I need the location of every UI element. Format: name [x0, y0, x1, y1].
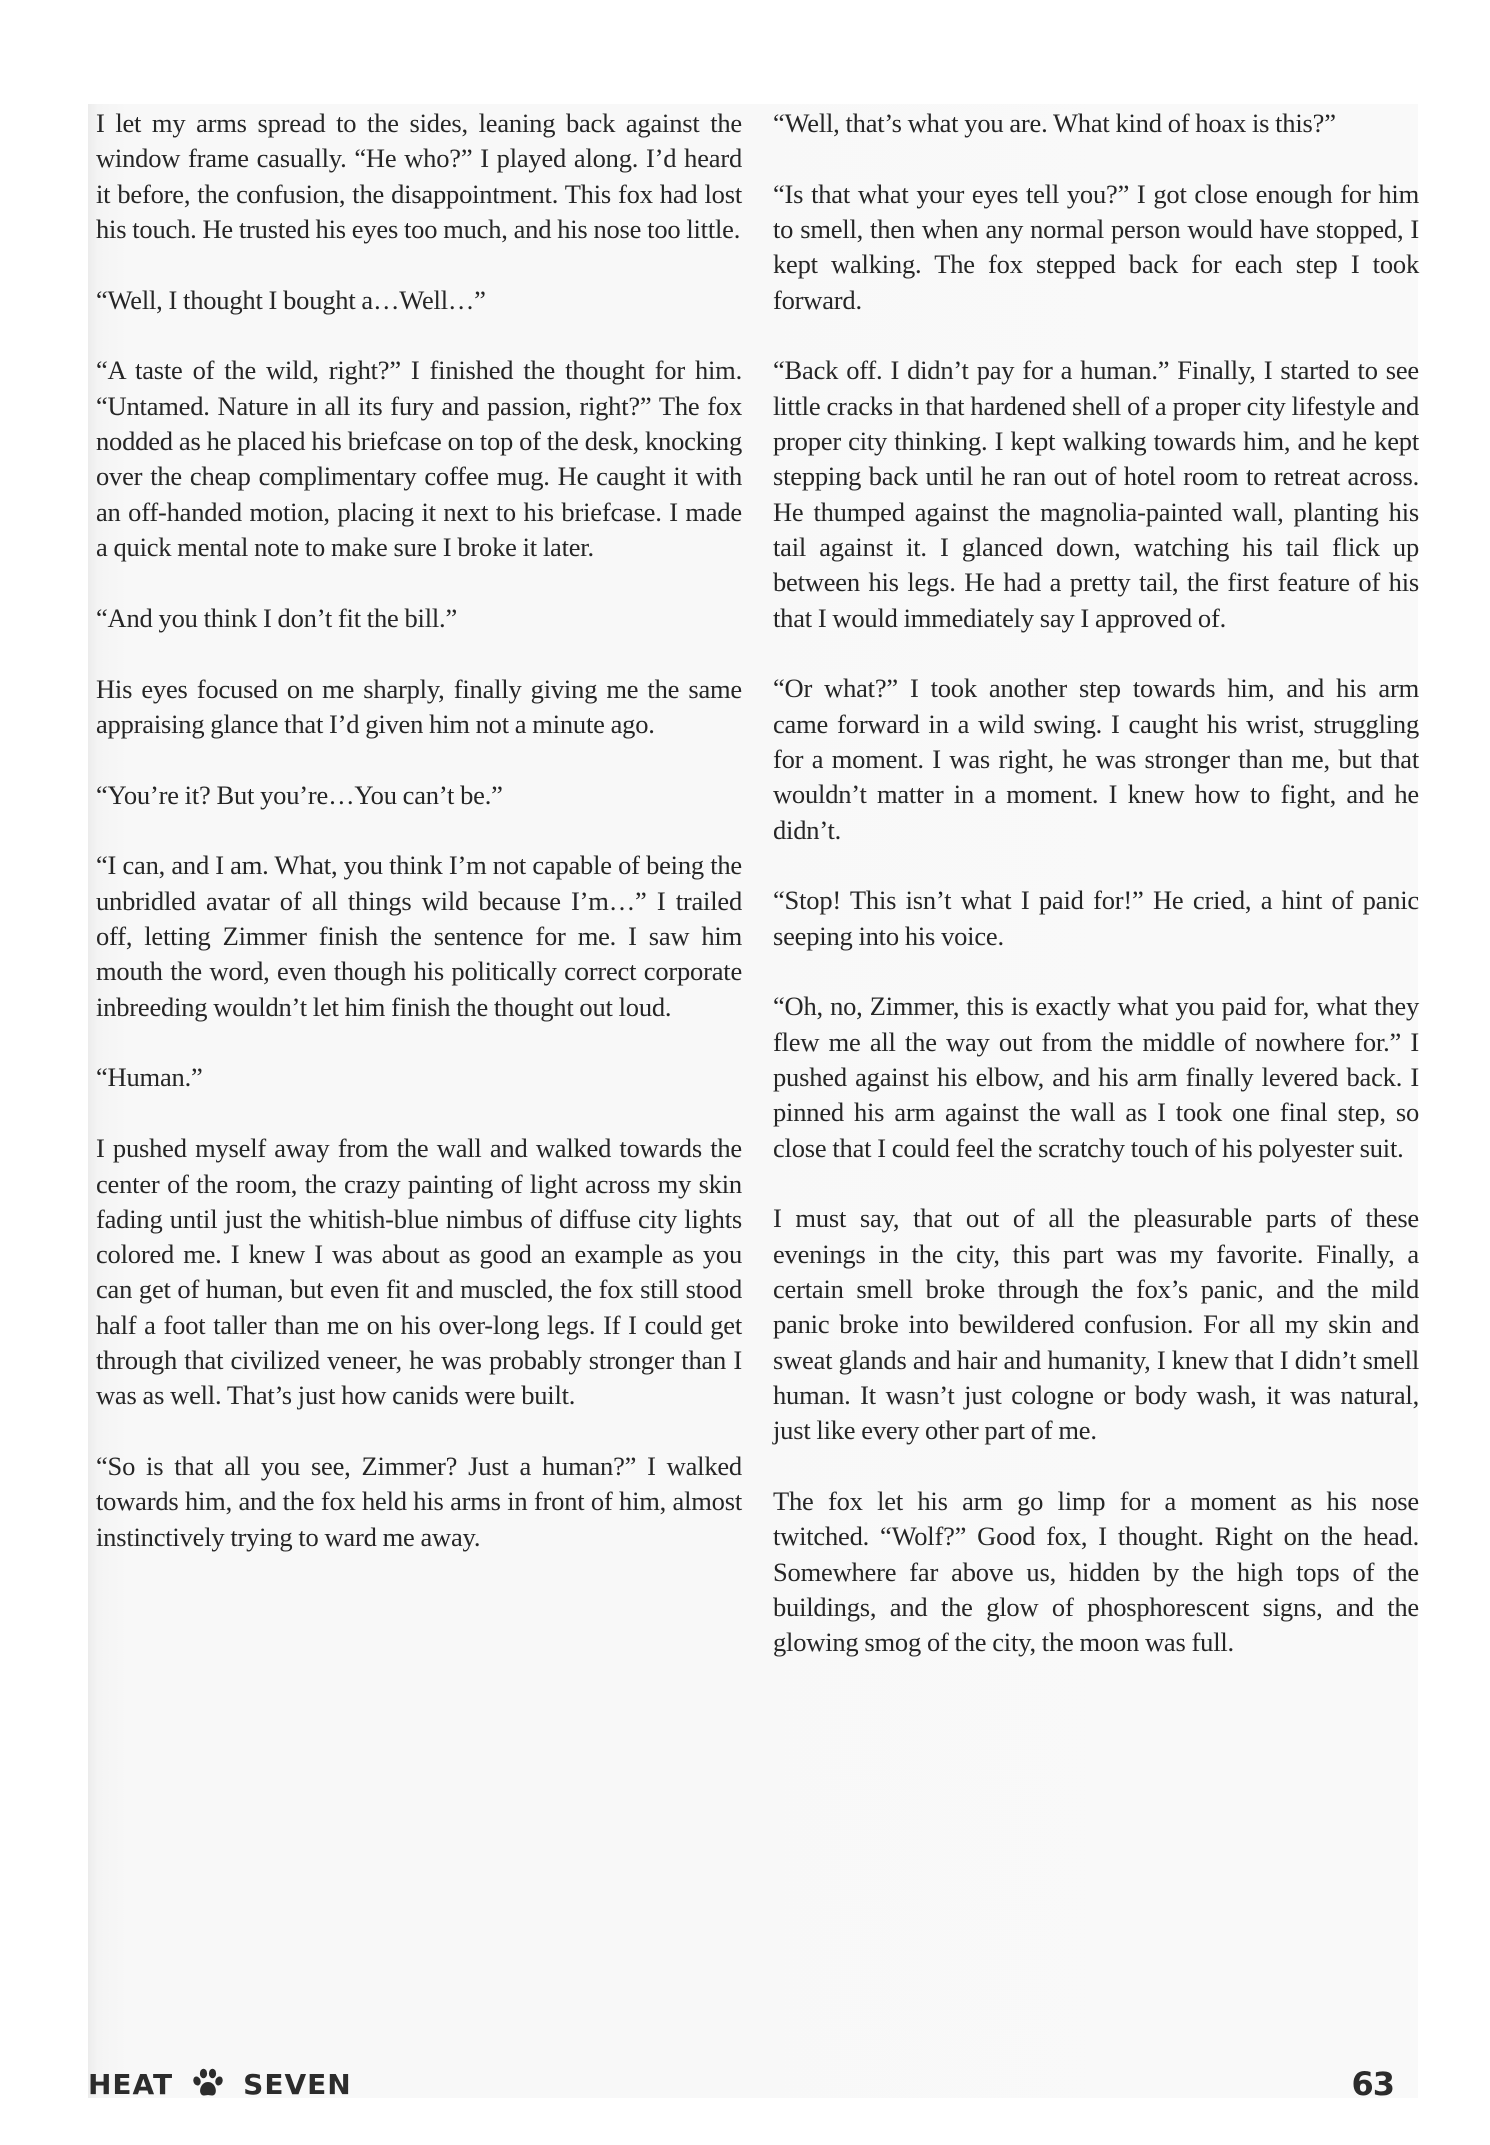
- brand-word-seven: SEVEN: [243, 2068, 352, 2101]
- paragraph: “Is that what your eyes tell you?” I got…: [773, 177, 1419, 318]
- paragraph: “Back off. I didn’t pay for a human.” Fi…: [773, 353, 1419, 635]
- paw-print-icon: [191, 2067, 225, 2101]
- paragraph: I let my arms spread to the sides, leani…: [96, 106, 742, 247]
- paragraph: “Stop! This isn’t what I paid for!” He c…: [773, 883, 1419, 954]
- paragraph: I pushed myself away from the wall and w…: [96, 1131, 742, 1413]
- paragraph: “Human.”: [96, 1060, 742, 1095]
- brand-word-heat: HEAT: [88, 2068, 173, 2101]
- paragraph: “And you think I don’t fit the bill.”: [96, 601, 742, 636]
- paragraph: “A taste of the wild, right?” I finished…: [96, 353, 742, 565]
- right-column: “Well, that’s what you are. What kind of…: [773, 106, 1419, 1696]
- paragraph: His eyes focused on me sharply, finally …: [96, 672, 742, 743]
- paragraph: I must say, that out of all the pleasura…: [773, 1201, 1419, 1448]
- magazine-brand: HEAT SEVEN: [88, 2064, 352, 2104]
- paragraph: “Well, I thought I bought a…Well…”: [96, 283, 742, 318]
- paragraph: “So is that all you see, Zimmer? Just a …: [96, 1449, 742, 1555]
- paragraph: “I can, and I am. What, you think I’m no…: [96, 848, 742, 1024]
- paragraph: “Oh, no, Zimmer, this is exactly what yo…: [773, 989, 1419, 1165]
- paragraph: “Well, that’s what you are. What kind of…: [773, 106, 1419, 141]
- paragraph: “You’re it? But you’re…You can’t be.”: [96, 778, 742, 813]
- magazine-page: I let my arms spread to the sides, leani…: [88, 104, 1418, 2098]
- paragraph: The fox let his arm go limp for a moment…: [773, 1484, 1419, 1660]
- paragraph: “Or what?” I took another step towards h…: [773, 671, 1419, 847]
- left-column: I let my arms spread to the sides, leani…: [96, 106, 742, 1591]
- page-number: 63: [1351, 2064, 1394, 2104]
